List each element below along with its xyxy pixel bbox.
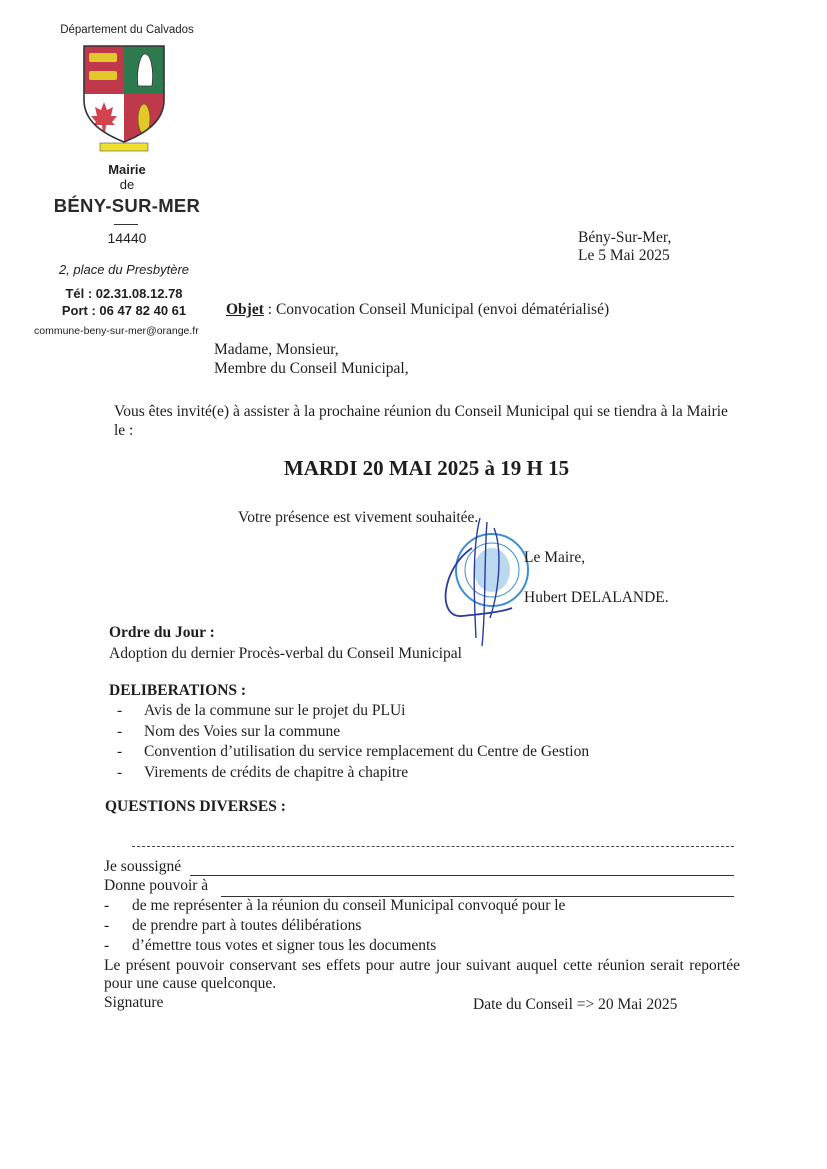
list-item: d’émettre tous votes et signer tous les …: [104, 936, 565, 956]
postcode: 14440: [0, 230, 254, 246]
deliberations-heading: DELIBERATIONS :: [109, 682, 246, 700]
list-item: Avis de la commune sur le projet du PLUi: [117, 701, 589, 722]
dateline-date: Le 5 Mai 2025: [578, 247, 670, 265]
questions-heading: QUESTIONS DIVERSES :: [105, 798, 286, 816]
phone: Tél : 02.31.08.12.78: [0, 286, 248, 301]
list-item: Nom des Voies sur la commune: [117, 722, 589, 743]
coat-of-arms-icon: [80, 44, 168, 154]
agenda-item: Adoption du dernier Procès-verbal du Con…: [109, 645, 462, 663]
agenda-heading: Ordre du Jour :: [109, 624, 215, 642]
list-item: Convention d’utilisation du service remp…: [117, 742, 589, 763]
list-item: de prendre part à toutes délibérations: [104, 916, 565, 936]
invitation-paragraph: Vous êtes invité(e) à assister à la proc…: [114, 402, 734, 440]
email-address: commune-beny-sur-mer@orange.fr: [34, 325, 199, 337]
cut-line: [132, 846, 734, 847]
town-name: BÉNY-SUR-MER: [0, 195, 254, 217]
department-name: Département du Calvados: [0, 24, 254, 36]
signature-label: Signature: [104, 994, 163, 1012]
subject-label: Objet: [226, 301, 264, 318]
meeting-datetime: MARDI 20 MAI 2025 à 19 H 15: [0, 456, 827, 481]
subject-line: Objet : Convocation Conseil Municipal (e…: [226, 301, 609, 319]
powers-list: de me représenter à la réunion du consei…: [104, 896, 565, 956]
salutation-line-1: Madame, Monsieur,: [214, 341, 339, 359]
dateline-place: Bény-Sur-Mer,: [578, 229, 671, 247]
signatory-title: Le Maire,: [524, 549, 585, 567]
signatory-name: Hubert DELALANDE.: [524, 589, 669, 607]
subject-text: : Convocation Conseil Municipal (envoi d…: [264, 301, 609, 318]
mobile-phone: Port : 06 47 82 40 61: [0, 303, 248, 318]
de-label: de: [0, 177, 254, 192]
mayor-stamp-signature-icon: [432, 508, 537, 648]
letterhead-divider: [114, 224, 138, 225]
validity-paragraph: Le présent pouvoir conservant ses effets…: [104, 957, 740, 993]
mairie-label: Mairie: [0, 162, 254, 177]
give-power-label: Donne pouvoir à: [104, 877, 208, 895]
list-item: de me représenter à la réunion du consei…: [104, 896, 565, 916]
undersigned-field[interactable]: [190, 875, 734, 876]
list-item: Virements de crédits de chapitre à chapi…: [117, 763, 589, 784]
deliberations-list: Avis de la commune sur le projet du PLUi…: [117, 701, 589, 783]
undersigned-label: Je soussigné: [104, 858, 181, 876]
council-date: Date du Conseil => 20 Mai 2025: [473, 996, 677, 1014]
address: 2, place du Presbytère: [0, 262, 248, 277]
salutation-line-2: Membre du Conseil Municipal,: [214, 360, 409, 378]
